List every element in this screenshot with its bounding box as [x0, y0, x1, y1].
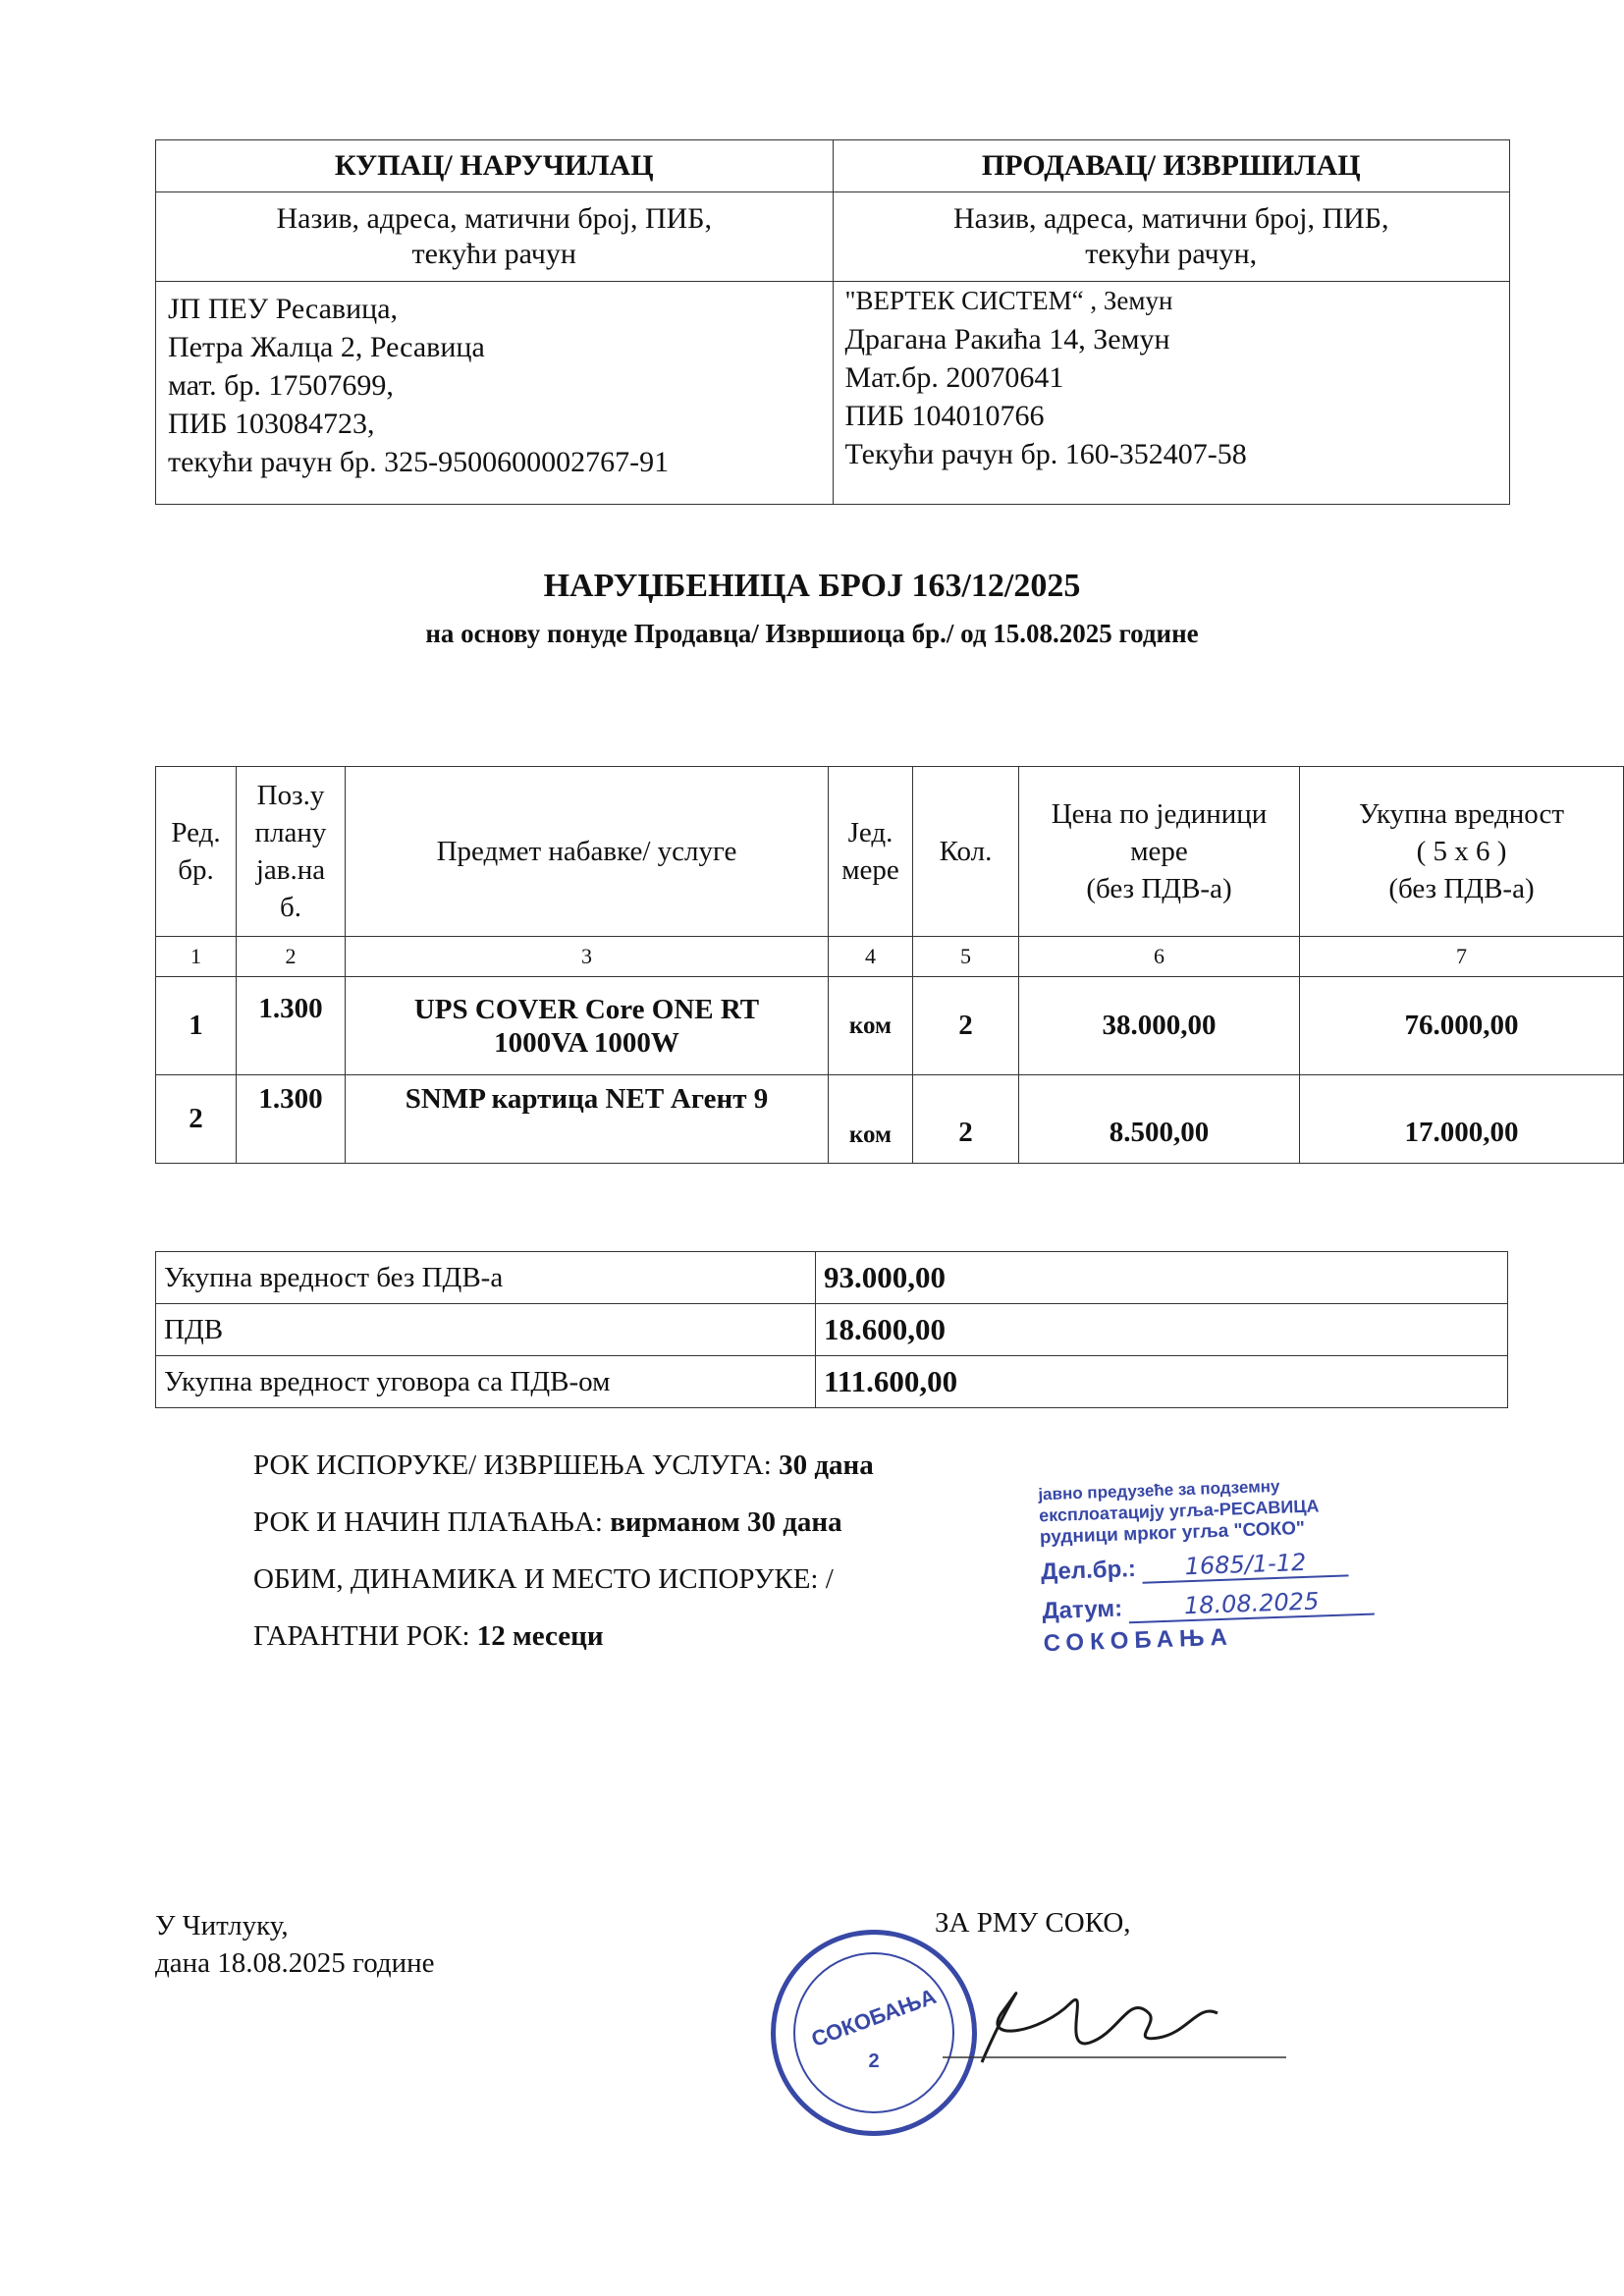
seller-subheader: Назив, адреса, матични број, ПИБ,текући … — [833, 192, 1510, 282]
unit-price: 38.000,00 — [1019, 977, 1300, 1075]
table-row: 1 1.300 UPS COVER Core ONE RT1000VA 1000… — [156, 977, 1624, 1075]
totals-table: Укупна вредност без ПДВ-а93.000,00 ПДВ18… — [155, 1251, 1508, 1408]
unit-price: 8.500,00 — [1019, 1075, 1300, 1164]
buyer-header: КУПАЦ/ НАРУЧИЛАЦ — [156, 140, 834, 192]
column-number-row: 1234567 — [156, 937, 1624, 977]
vat-row: ПДВ18.600,00 — [156, 1304, 1508, 1356]
buyer-details: ЈП ПЕУ Ресавица,Петра Жалца 2, Ресавицам… — [156, 282, 834, 505]
seller-header: ПРОДАВАЦ/ ИЗВРШИЛАЦ — [833, 140, 1510, 192]
column-header: Ред.бр. — [156, 767, 237, 937]
order-title: НАРУЏБЕНИЦА БРОЈ 163/12/2025 — [0, 568, 1624, 605]
column-number: 5 — [913, 937, 1019, 977]
item-description: UPS COVER Core ONE RT1000VA 1000W — [346, 977, 829, 1075]
total-row: Укупна вредност без ПДВ-а93.000,00 — [156, 1252, 1508, 1304]
column-header: Цена по јединицимере(без ПДВ-а) — [1019, 767, 1300, 937]
signatory: ЗА РМУ СОКО, — [935, 1907, 1131, 1940]
parties-table: КУПАЦ/ НАРУЧИЛАЦ ПРОДАВАЦ/ ИЗВРШИЛАЦ Наз… — [155, 139, 1510, 505]
items-table: Ред.бр.Поз.упланујав.наб.Предмет набавке… — [155, 766, 1624, 1164]
grand-total-row: Укупна вредност уговора са ПДВ-ом111.600… — [156, 1356, 1508, 1408]
column-number: 2 — [237, 937, 346, 977]
column-header: Кол. — [913, 767, 1019, 937]
payment-term: РОК И НАЧИН ПЛАЋАЊА: вирманом 30 дана — [253, 1506, 842, 1539]
column-number: 4 — [829, 937, 913, 977]
column-number: 1 — [156, 937, 237, 977]
column-header: Предмет набавке/ услуге — [346, 767, 829, 937]
warranty-term: ГАРАНТНИ РОК: 12 месеци — [253, 1620, 604, 1653]
items-header-row: Ред.бр.Поз.упланујав.наб.Предмет набавке… — [156, 767, 1624, 937]
unit: ком — [829, 1075, 913, 1164]
quantity: 2 — [913, 977, 1019, 1075]
footer-place-date: У Читлуку, дана 18.08.2025 године — [155, 1907, 435, 1982]
scope-term: ОБИМ, ДИНАМИКА И МЕСТО ИСПОРУКЕ: / — [253, 1563, 834, 1596]
line-total: 76.000,00 — [1300, 977, 1624, 1075]
row-number: 1 — [156, 977, 237, 1075]
receipt-stamp: јавно предузеће за подземну експлоатациј… — [1038, 1471, 1456, 1659]
table-row: 2 1.300 SNMP картица NET Агент 9 ком 2 8… — [156, 1075, 1624, 1164]
plan-position: 1.300 — [237, 1075, 346, 1164]
line-total: 17.000,00 — [1300, 1075, 1624, 1164]
plan-position: 1.300 — [237, 977, 346, 1075]
signature — [923, 1954, 1296, 2082]
delivery-term: РОК ИСПОРУКЕ/ ИЗВРШЕЊА УСЛУГА: 30 дана — [253, 1449, 874, 1482]
column-header: Укупна вредност( 5 x 6 )(без ПДВ-а) — [1300, 767, 1624, 937]
item-description: SNMP картица NET Агент 9 — [346, 1075, 829, 1164]
quantity: 2 — [913, 1075, 1019, 1164]
row-number: 2 — [156, 1075, 237, 1164]
buyer-subheader: Назив, адреса, матични број, ПИБ,текући … — [156, 192, 834, 282]
unit: ком — [829, 977, 913, 1075]
column-number: 6 — [1019, 937, 1300, 977]
column-header: Поз.упланујав.наб. — [237, 767, 346, 937]
order-subtitle: на основу понуде Продавца/ Извршиоца бр.… — [0, 619, 1624, 649]
column-header: Јед.мере — [829, 767, 913, 937]
column-number: 7 — [1300, 937, 1624, 977]
seller-details: "ВЕРТЕК СИСТЕМ“ , ЗемунДрагана Ракића 14… — [833, 282, 1510, 505]
column-number: 3 — [346, 937, 829, 977]
